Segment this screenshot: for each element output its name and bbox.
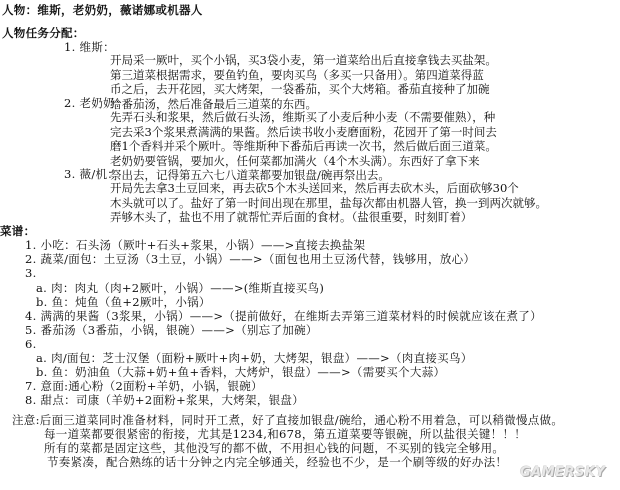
assignment-line: 第三道菜根据需求，要鱼钓鱼，要肉买鸟（多买一只备用）。第四道菜得蓝 (110, 68, 497, 83)
recipes-title: 菜谱： (0, 224, 35, 239)
assignment-text-wigfrid-robot: 开局先去拿3土豆回来，再去砍5个木头送回来，然后再去砍木头，后面砍够30个 木头… (110, 181, 547, 225)
assignment-title: 人物任务分配： (2, 26, 85, 41)
recipe-item-8: 8. 甜点：司康（羊奶+2面粉+浆果，大烤架，银盘） (25, 393, 304, 408)
recipe-item-6a: a. 肉/面包：芝士汉堡（面粉+厥叶+肉+奶，大烤架，银盘）——>（肉直接买鸟） (36, 351, 473, 366)
recipe-item-3a: a. 肉：肉丸（肉+2厥叶，小锅）——>(维斯直接买鸟) (36, 281, 324, 296)
recipe-item-7: 7. 意面:通心粉（2面粉+羊奶，小锅，银碗） (25, 379, 263, 394)
recipe-item-6: 6. (25, 337, 37, 352)
assignment-line: 弄够木头了，盐也不用了就帮忙弄后面的食材。（盐很重要，时刻盯着） (110, 210, 547, 225)
assignment-label-wigfrid-robot: 3. 薇/机： (64, 167, 119, 182)
recipe-item-5: 5. 番茄汤（3番茄，小锅，银碗）——>（别忘了加碗） (25, 323, 318, 338)
note-line-3: 所有的菜都是固定这些，其他没写的都不做，不用担心钱的问题，不买别的钱完全够用。 (44, 441, 504, 456)
assignment-line: 木头就可以了。盐好了第一时间出现在那里，盐每次都由机器人管，换一到两次就够。 (110, 196, 547, 211)
characters-line: 人物：维斯，老奶奶，薇诺娜或机器人 (2, 3, 203, 18)
note-line-4: 节奏紧凑，配合熟练的话十分钟之内完全够通关，经验也不少，是一个刷等级的好办法！ (47, 455, 507, 470)
assignment-text-wickerbottom: 先弄石头和浆果，然后做石头汤，维斯买了小麦后种小麦（不需要催熟），种 完去采3个… (110, 110, 497, 183)
recipe-item-2: 2. 蔬菜/面包：土豆汤（3土豆，小锅）——>（面包也用土豆汤代替，钱够用，放心… (25, 252, 475, 267)
assignment-line: 老奶奶要管锅，要加火，任何菜都加满火（4个木头满）。东西好了拿下来 (110, 154, 497, 169)
assignment-label-wickerbottom: 2. 老奶奶： (64, 96, 127, 111)
recipe-item-3: 3. (25, 266, 37, 281)
assignment-line: 币之后，去开花园，买大烤架，一袋番茄，买个大烤箱。番茄直接种了加碗 (110, 82, 497, 97)
recipe-item-6b: b. 鱼：奶油鱼（大蒜+奶+鱼+香料，大烤炉，银盘）——>（需要买个大蒜） (36, 365, 445, 380)
assignment-text-wes: 开局采一厥叶，买个小锅，买3袋小麦，第一道菜给出后直接拿钱去买盐架。 第三道菜根… (110, 53, 497, 111)
recipe-item-3b: b. 鱼：炖鱼（鱼+2厥叶，小锅） (36, 295, 211, 310)
assignment-label-wes: 1. 维斯： (64, 40, 115, 55)
assignment-line: 完去采3个浆果煮满满的果酱。然后读书收小麦磨面粉，花园开了第一时间去 (110, 125, 497, 140)
assignment-line: 磨1个香料并采个厥叶。等维斯种下番茄后再读一次书，然后做后面三道菜。 (110, 139, 497, 154)
recipe-item-1: 1. 小吃：石头汤（厥叶+石头+浆果，小锅）——>直接去换盐架 (25, 238, 365, 253)
recipe-item-4: 4. 满满的果酱（3浆果，小锅）——>（提前做好，在维斯去弄第三道菜材料的时候就… (25, 309, 542, 324)
note-line-1: 注意:后面三道菜同时准备材料，同时开工煮，好了直接加银盘/碗给，通心粉不用着急，… (12, 413, 563, 428)
assignment-line: 给番茄汤，然后准备最后三道菜的东西。 (110, 97, 497, 112)
note-line-2: 每一道菜都要很紧密的衔接，尤其是1234,和678，第五道菜要等银碗，所以盐很关… (44, 427, 526, 442)
assignment-line: 先弄石头和浆果，然后做石头汤，维斯买了小麦后种小麦（不需要催熟），种 (110, 110, 497, 125)
gamersky-watermark: GAMERSKY (520, 466, 605, 481)
assignment-line: 开局先去拿3土豆回来，再去砍5个木头送回来，然后再去砍木头，后面砍够30个 (110, 181, 547, 196)
assignment-line: 开局采一厥叶，买个小锅，买3袋小麦，第一道菜给出后直接拿钱去买盐架。 (110, 53, 497, 68)
